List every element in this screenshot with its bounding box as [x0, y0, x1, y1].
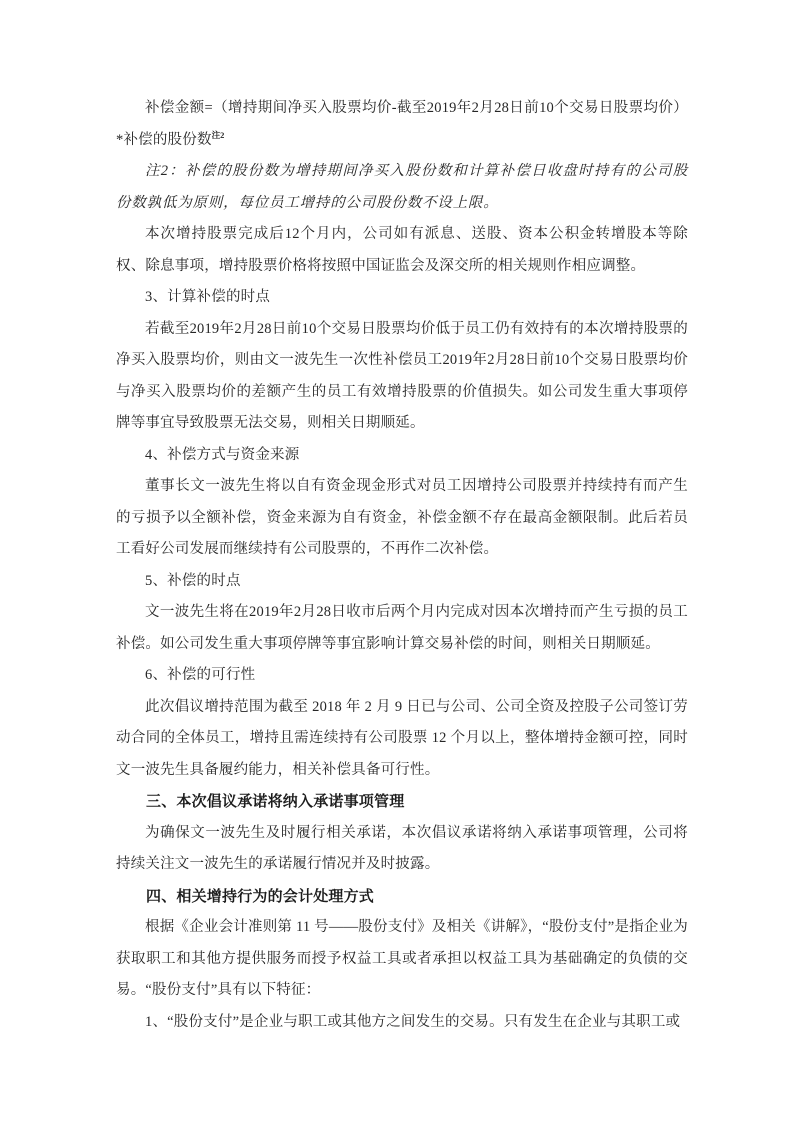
paragraph-text: 三、本次倡议承诺将纳入承诺事项管理 [146, 793, 404, 810]
paragraph-text: 为确保文一波先生及时履行相关承诺，本次倡议承诺将纳入承诺事项管理，公司将持续关注… [116, 825, 688, 873]
section-heading: 三、本次倡议承诺将纳入承诺事项管理 [116, 786, 688, 818]
paragraph-text: 注2：补偿的股份数为增持期间净买入股份数和计算补偿日收盘时持有的公司股份数孰低为… [116, 163, 688, 211]
paragraph-text: 1、“股份支付”是企业与职工或其他方之间发生的交易。只有发生在企业与其职工或 [145, 1014, 680, 1030]
paragraph-text: 4、补偿方式与资金来源 [145, 447, 299, 463]
body-paragraph: 为确保文一波先生及时履行相关承诺，本次倡议承诺将纳入承诺事项管理，公司将持续关注… [116, 818, 688, 881]
sub-heading: 5、补偿的时点 [116, 566, 688, 598]
body-paragraph: 此次倡议增持范围为截至 2018 年 2 月 9 日已与公司、公司全资及控股子公… [116, 692, 688, 787]
paragraph-text: 此次倡议增持范围为截至 2018 年 2 月 9 日已与公司、公司全资及控股子公… [116, 699, 688, 778]
sub-heading: 3、计算补偿的时点 [116, 282, 688, 314]
footnote-paragraph: 注2：补偿的股份数为增持期间净买入股份数和计算补偿日收盘时持有的公司股份数孰低为… [116, 156, 688, 219]
paragraph-list: 补偿金额=（增持期间净买入股票均价-截至2019年2月28日前10个交易日股票均… [116, 93, 688, 1038]
section-heading: 四、相关增持行为的会计处理方式 [116, 881, 688, 913]
sub-heading: 6、补偿的可行性 [116, 660, 688, 692]
footnote-ref: 注2 [212, 130, 225, 140]
paragraph-text: 5、补偿的时点 [145, 573, 241, 589]
body-paragraph: 若截至2019年2月28日前10个交易日股票均价低于员工仍有效持有的本次增持股票… [116, 314, 688, 440]
paragraph-text: 若截至2019年2月28日前10个交易日股票均价低于员工仍有效持有的本次增持股票… [116, 321, 688, 432]
body-paragraph: 根据《企业会计准则第 11 号——股份支付》及相关《讲解》，“股份支付”是指企业… [116, 912, 688, 1007]
paragraph-text: 董事长文一波先生将以自有资金现金形式对员工因增持公司股票并持续持有而产生的亏损予… [116, 478, 688, 557]
body-paragraph: 本次增持股票完成后12个月内，公司如有派息、送股、资本公积金转增股本等除权、除息… [116, 219, 688, 282]
body-paragraph: 董事长文一波先生将以自有资金现金形式对员工因增持公司股票并持续持有而产生的亏损予… [116, 471, 688, 566]
paragraph-text: 根据《企业会计准则第 11 号——股份支付》及相关《讲解》，“股份支付”是指企业… [116, 919, 688, 998]
body-paragraph: 1、“股份支付”是企业与职工或其他方之间发生的交易。只有发生在企业与其职工或 [116, 1007, 688, 1039]
paragraph-text: 补偿金额=（增持期间净买入股票均价-截至2019年2月28日前10个交易日股票均… [116, 100, 688, 148]
body-paragraph: 补偿金额=（增持期间净买入股票均价-截至2019年2月28日前10个交易日股票均… [116, 93, 688, 156]
paragraph-text: 6、补偿的可行性 [145, 667, 255, 683]
paragraph-text: 文一波先生将在2019年2月28日收市后两个月内完成对因本次增持而产生亏损的员工… [116, 604, 688, 652]
document-page: 补偿金额=（增持期间净买入股票均价-截至2019年2月28日前10个交易日股票均… [0, 0, 793, 1122]
paragraph-text: 四、相关增持行为的会计处理方式 [146, 888, 374, 905]
body-paragraph: 文一波先生将在2019年2月28日收市后两个月内完成对因本次增持而产生亏损的员工… [116, 597, 688, 660]
paragraph-text: 3、计算补偿的时点 [145, 289, 270, 305]
paragraph-text: 本次增持股票完成后12个月内，公司如有派息、送股、资本公积金转增股本等除权、除息… [116, 226, 688, 274]
sub-heading: 4、补偿方式与资金来源 [116, 440, 688, 472]
